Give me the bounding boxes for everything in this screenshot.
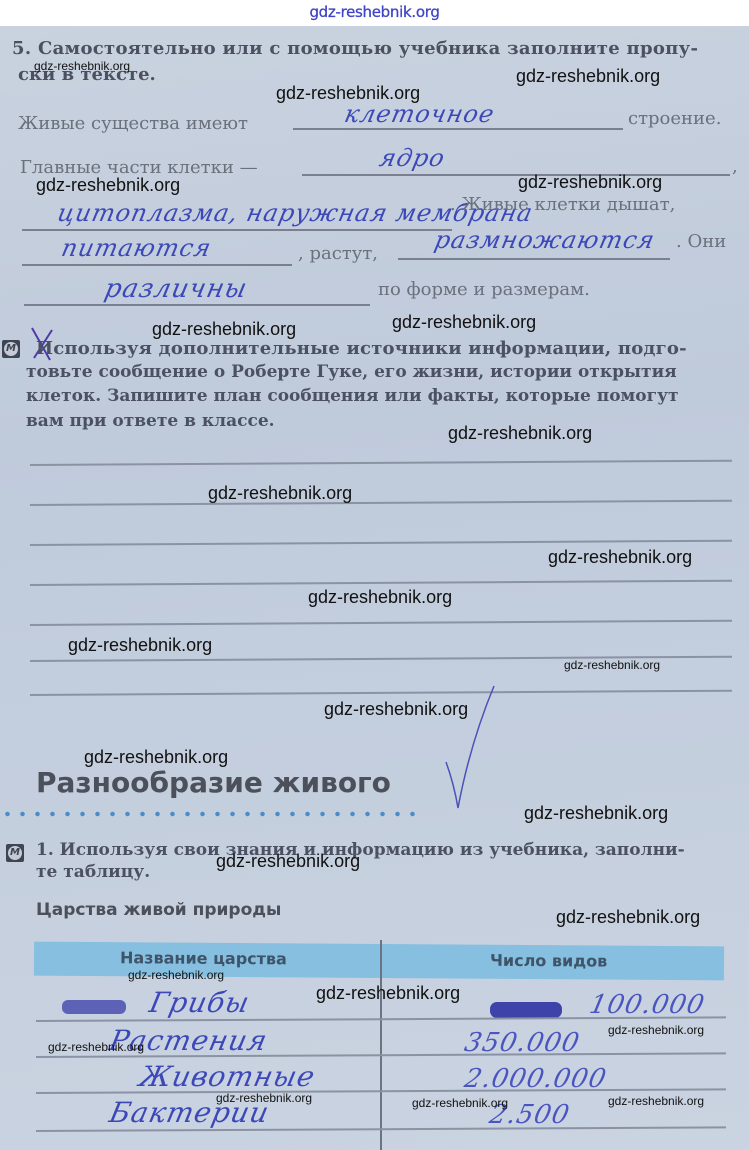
m-badge-icon: M bbox=[6, 844, 24, 862]
species-count[interactable]: 100.000 bbox=[587, 990, 708, 1020]
watermark: gdz-reshebnik.org bbox=[448, 423, 592, 444]
watermark: gdz-reshebnik.org bbox=[524, 803, 668, 824]
watermark: gdz-reshebnik.org bbox=[316, 983, 460, 1004]
task6-line4: вам при ответе в классе. bbox=[26, 411, 275, 431]
blank-line bbox=[398, 258, 670, 260]
site-header: gdz-reshebnik.org bbox=[0, 0, 749, 26]
watermark: gdz-reshebnik.org bbox=[216, 1091, 312, 1105]
blank-line bbox=[302, 174, 730, 176]
watermark: gdz-reshebnik.org bbox=[564, 658, 660, 672]
task5-s3-after: . Они bbox=[676, 231, 726, 252]
dotted-divider bbox=[0, 811, 420, 817]
blank-line bbox=[24, 304, 370, 306]
task5-s4-after: по форме и размерам. bbox=[378, 279, 590, 300]
scribble-mark bbox=[490, 1002, 562, 1018]
table-title: Царства живой природы bbox=[36, 900, 281, 920]
task1-line1: 1. Используя свои знания и информацию из… bbox=[36, 840, 685, 860]
answer-line[interactable] bbox=[30, 620, 732, 626]
watermark: gdz-reshebnik.org bbox=[324, 699, 468, 720]
answer-line[interactable] bbox=[30, 540, 732, 546]
task5-s2-after: . Живые клетки дышат, bbox=[450, 194, 675, 215]
watermark: gdz-reshebnik.org bbox=[308, 587, 452, 608]
watermark: gdz-reshebnik.org bbox=[36, 175, 180, 196]
watermark: gdz-reshebnik.org bbox=[518, 172, 662, 193]
answer-s3-1[interactable]: питаются bbox=[59, 234, 214, 262]
watermark: gdz-reshebnik.org bbox=[128, 968, 224, 982]
scribble-mark bbox=[62, 1000, 126, 1014]
blank-line bbox=[293, 128, 623, 130]
task1-line2: те таблицу. bbox=[36, 862, 150, 882]
watermark: gdz-reshebnik.org bbox=[392, 312, 536, 333]
column-header-name: Название царства bbox=[120, 948, 287, 968]
answer-line[interactable] bbox=[30, 580, 732, 586]
task5-s1-before: Живые существа имеют bbox=[18, 113, 248, 134]
workbook-page: 5. Самостоятельно или с помощью учебника… bbox=[0, 26, 749, 1150]
kingdom-name[interactable]: Грибы bbox=[146, 986, 252, 1019]
task6-line2: товьте сообщение о Роберте Гуке, его жиз… bbox=[26, 362, 677, 382]
answer-s3-2[interactable]: размножаются bbox=[432, 226, 658, 254]
section-title: Разнообразие живого bbox=[36, 766, 391, 799]
column-divider bbox=[380, 940, 382, 1150]
watermark: gdz-reshebnik.org bbox=[276, 83, 420, 104]
watermark: gdz-reshebnik.org bbox=[84, 747, 228, 768]
watermark: gdz-reshebnik.org bbox=[548, 547, 692, 568]
task6-line3: клеток. Запишите план сообщения или факт… bbox=[26, 386, 678, 406]
answer-s2-1[interactable]: ядро bbox=[377, 144, 448, 172]
task5-s3-mid: , растут, bbox=[298, 243, 378, 264]
answer-s1[interactable]: клеточное bbox=[342, 100, 497, 128]
kingdom-name[interactable]: Животные bbox=[136, 1060, 318, 1093]
answer-s4[interactable]: различны bbox=[102, 274, 250, 304]
task6-line1: Используя дополнительные источники инфор… bbox=[36, 338, 687, 359]
watermark: gdz-reshebnik.org bbox=[68, 635, 212, 656]
task5-s1-after: строение. bbox=[628, 108, 721, 129]
column-header-count: Число видов bbox=[490, 951, 607, 971]
comma: , bbox=[732, 156, 738, 177]
watermark: gdz-reshebnik.org bbox=[608, 1094, 704, 1108]
answer-line[interactable] bbox=[30, 690, 732, 696]
watermark: gdz-reshebnik.org bbox=[216, 851, 360, 872]
site-link[interactable]: gdz-reshebnik.org bbox=[309, 3, 439, 21]
watermark: gdz-reshebnik.org bbox=[608, 1023, 704, 1037]
task5-prompt-line1: 5. Самостоятельно или с помощью учебника… bbox=[12, 38, 698, 59]
watermark: gdz-reshebnik.org bbox=[34, 59, 130, 73]
watermark: gdz-reshebnik.org bbox=[412, 1096, 508, 1110]
blank-line bbox=[22, 264, 292, 266]
answer-line[interactable] bbox=[30, 500, 732, 506]
answer-line[interactable] bbox=[30, 460, 732, 466]
blank-line bbox=[22, 229, 452, 231]
watermark: gdz-reshebnik.org bbox=[152, 319, 296, 340]
watermark: gdz-reshebnik.org bbox=[48, 1040, 144, 1054]
watermark: gdz-reshebnik.org bbox=[516, 66, 660, 87]
m-badge-icon: M bbox=[2, 340, 20, 358]
watermark: gdz-reshebnik.org bbox=[208, 483, 352, 504]
watermark: gdz-reshebnik.org bbox=[556, 907, 700, 928]
